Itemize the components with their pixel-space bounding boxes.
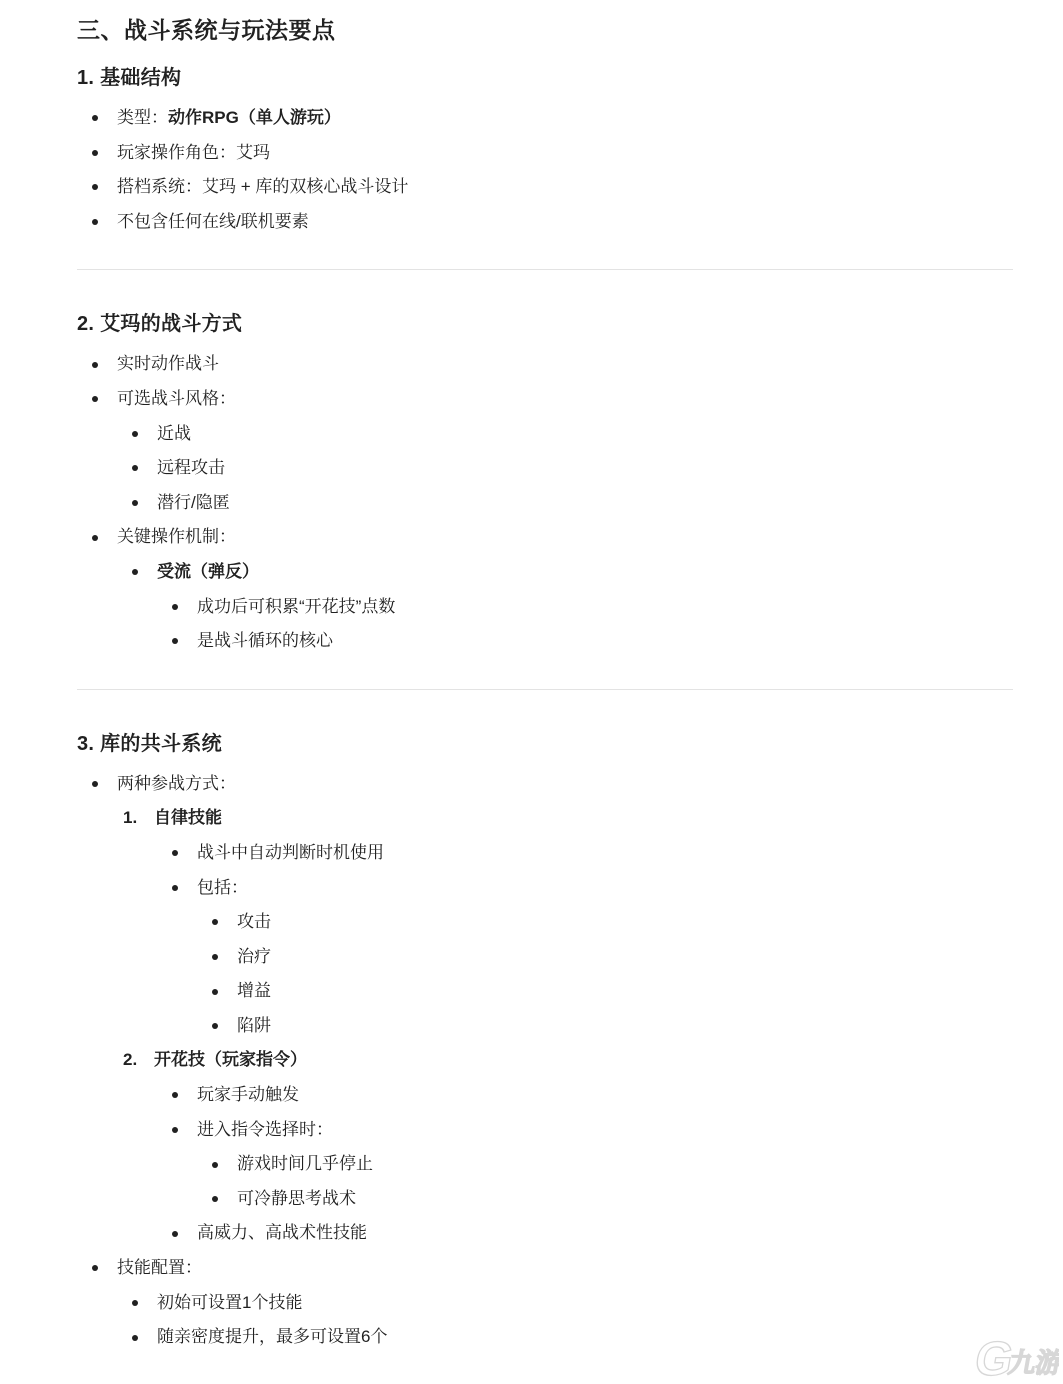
list-item: 进入指令选择时： <box>77 1113 1013 1148</box>
list-item: 2.开花技（玩家指令） <box>77 1043 1013 1078</box>
bullet-icon <box>132 569 157 575</box>
list-item: 搭档系统：艾玛 + 库的双核心战斗设计 <box>77 170 1013 205</box>
list-item-text: 进入指令选择时： <box>197 1113 333 1148</box>
list-item: 是战斗循环的核心 <box>77 624 1013 659</box>
list-item-text: 治疗 <box>237 940 271 975</box>
list-item-text: 攻击 <box>237 905 271 940</box>
list-item-text: 随亲密度提升，最多可设置6个 <box>157 1320 387 1355</box>
bullet-icon <box>92 150 117 156</box>
list-item: 1.自律技能 <box>77 801 1013 836</box>
bullet-icon <box>132 465 157 471</box>
watermark: G 九游 <box>963 1328 1059 1382</box>
list-item-text: 是战斗循环的核心 <box>197 624 333 659</box>
list-item: 攻击 <box>77 905 1013 940</box>
list-item-text: 不包含任何在线/联机要素 <box>117 205 309 240</box>
list-item-text: 可冷静思考战术 <box>237 1182 356 1217</box>
list-item: 陷阱 <box>77 1009 1013 1044</box>
list-item-text: 关键操作机制： <box>117 520 236 555</box>
list-item-text: 受流（弹反） <box>157 555 259 590</box>
list-item: 受流（弹反） <box>77 555 1013 590</box>
section-heading: 3. 库的共斗系统 <box>77 732 1013 756</box>
bullet-icon <box>92 219 117 225</box>
list-item: 战斗中自动判断时机使用 <box>77 836 1013 871</box>
list-item-text: 近战 <box>157 417 191 452</box>
article-page: 三、战斗系统与玩法要点1. 基础结构类型：动作RPG（单人游玩）玩家操作角色：艾… <box>0 0 1063 1384</box>
list-item: 玩家操作角色：艾玛 <box>77 136 1013 171</box>
bullet-icon <box>132 1300 157 1306</box>
bullet-icon <box>132 1335 157 1341</box>
bullet-icon <box>172 638 197 644</box>
list-item: 随亲密度提升，最多可设置6个 <box>77 1320 1013 1355</box>
list-item: 技能配置： <box>77 1251 1013 1286</box>
page-title: 三、战斗系统与玩法要点 <box>77 14 1013 46</box>
list-item-text: 搭档系统：艾玛 + 库的双核心战斗设计 <box>117 170 408 205</box>
bullet-icon <box>92 362 117 368</box>
list-item: 包括： <box>77 871 1013 906</box>
bullet-icon <box>92 396 117 402</box>
list-item: 玩家手动触发 <box>77 1078 1013 1113</box>
document-body: 三、战斗系统与玩法要点1. 基础结构类型：动作RPG（单人游玩）玩家操作角色：艾… <box>0 0 1063 1355</box>
list-item: 可选战斗风格： <box>77 382 1013 417</box>
list-item: 实时动作战斗 <box>77 347 1013 382</box>
list-item: 关键操作机制： <box>77 520 1013 555</box>
number-marker: 1. <box>123 801 154 836</box>
number-marker: 2. <box>123 1043 154 1078</box>
bullet-icon <box>172 885 197 891</box>
list-item-text: 初始可设置1个技能 <box>157 1286 302 1321</box>
list-item-text: 玩家手动触发 <box>197 1078 299 1113</box>
list-item: 高威力、高战术性技能 <box>77 1216 1013 1251</box>
bullet-icon <box>212 989 237 995</box>
bullet-icon <box>212 919 237 925</box>
list-item-text: 远程攻击 <box>157 451 225 486</box>
list-item-text: 两种参战方式： <box>117 767 236 802</box>
list-item: 远程攻击 <box>77 451 1013 486</box>
bullet-icon <box>172 850 197 856</box>
bullet-icon <box>92 781 117 787</box>
bullet-icon <box>212 1023 237 1029</box>
bullet-icon <box>212 954 237 960</box>
section-heading: 1. 基础结构 <box>77 66 1013 90</box>
bullet-icon <box>212 1196 237 1202</box>
list-item-text: 实时动作战斗 <box>117 347 219 382</box>
watermark-label: 九游 <box>1006 1347 1059 1378</box>
bullet-icon <box>92 1265 117 1271</box>
bullet-icon <box>172 1231 197 1237</box>
list-item-text: 成功后可积累“开花技”点数 <box>197 590 395 625</box>
list-item: 增益 <box>77 974 1013 1009</box>
list-item: 两种参战方式： <box>77 767 1013 802</box>
bullet-icon <box>132 500 157 506</box>
list-item-text: 潜行/隐匿 <box>157 486 230 521</box>
list-item: 类型：动作RPG（单人游玩） <box>77 101 1013 136</box>
list-item-text: 类型：动作RPG（单人游玩） <box>117 101 341 136</box>
bullet-icon <box>172 1092 197 1098</box>
list-item-text: 战斗中自动判断时机使用 <box>197 836 384 871</box>
section-heading: 2. 艾玛的战斗方式 <box>77 312 1013 336</box>
list-item-text: 可选战斗风格： <box>117 382 236 417</box>
list-item-text: 游戏时间几乎停止 <box>237 1147 373 1182</box>
list-item: 不包含任何在线/联机要素 <box>77 205 1013 240</box>
list-item-text: 陷阱 <box>237 1009 271 1044</box>
list-item: 成功后可积累“开花技”点数 <box>77 590 1013 625</box>
list-item-text: 开花技（玩家指令） <box>154 1043 307 1078</box>
bullet-icon <box>92 115 117 121</box>
bullet-icon <box>212 1162 237 1168</box>
list-item-text: 自律技能 <box>154 801 222 836</box>
list-item-text: 增益 <box>237 974 271 1009</box>
section-divider <box>77 689 1013 690</box>
list-item-text: 包括： <box>197 871 248 906</box>
list-item: 初始可设置1个技能 <box>77 1286 1013 1321</box>
list-item: 可冷静思考战术 <box>77 1182 1013 1217</box>
list-item-text: 玩家操作角色：艾玛 <box>117 136 270 171</box>
bullet-icon <box>92 184 117 190</box>
list-item: 游戏时间几乎停止 <box>77 1147 1013 1182</box>
bullet-icon <box>172 1127 197 1133</box>
nine-game-logo-icon: G 九游 <box>963 1328 1059 1382</box>
bullet-icon <box>172 604 197 610</box>
list-item: 潜行/隐匿 <box>77 486 1013 521</box>
bullet-icon <box>92 535 117 541</box>
section-divider <box>77 269 1013 270</box>
list-item: 近战 <box>77 417 1013 452</box>
list-item-text: 高威力、高战术性技能 <box>197 1216 367 1251</box>
bullet-icon <box>132 431 157 437</box>
list-item-text: 技能配置： <box>117 1251 202 1286</box>
list-item: 治疗 <box>77 940 1013 975</box>
